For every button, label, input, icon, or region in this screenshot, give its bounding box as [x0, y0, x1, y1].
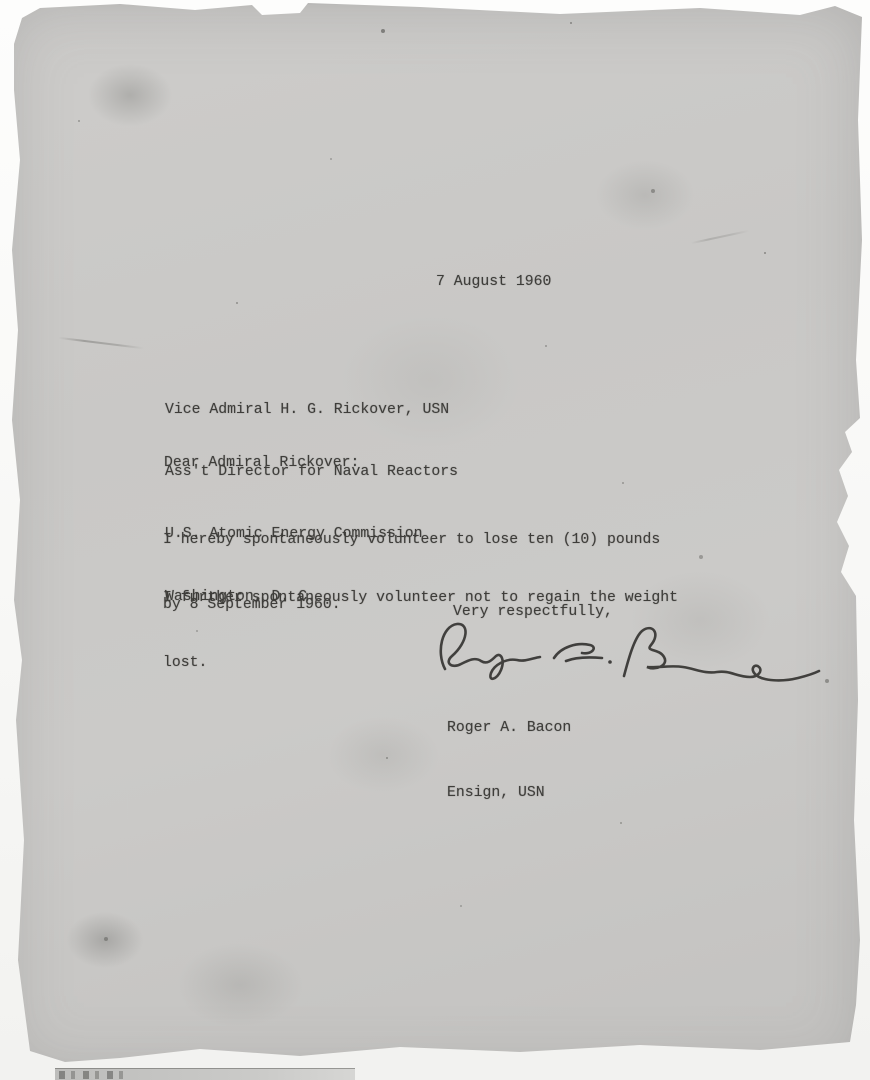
salutation: Dear Admiral Rickover:	[164, 453, 359, 475]
signer-name: Roger A. Bacon	[447, 718, 571, 740]
recipient-line: Vice Admiral H. G. Rickover, USN	[165, 400, 458, 421]
signer-title: Ensign, USN	[447, 783, 571, 805]
paper-crease	[690, 230, 749, 244]
paper-crease	[58, 337, 144, 349]
letter-paper: 7 August 1960 Vice Admiral H. G. Rickove…	[0, 0, 870, 1080]
underlying-page-fragment	[55, 1068, 355, 1080]
letter-date: 7 August 1960	[436, 272, 551, 294]
fragment-marks	[59, 1071, 125, 1079]
signer-block: Roger A. Bacon Ensign, USN	[447, 675, 571, 847]
